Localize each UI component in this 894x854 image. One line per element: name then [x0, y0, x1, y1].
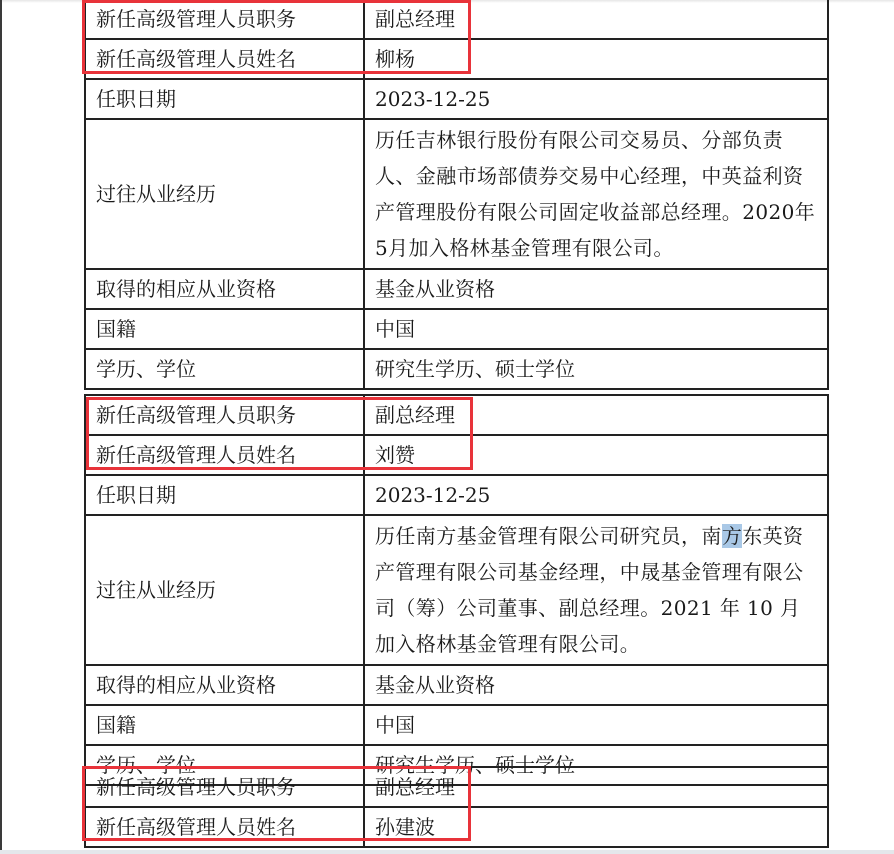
table-row: 新任高级管理人员姓名 柳杨 [85, 39, 828, 79]
label-position: 新任高级管理人员职务 [85, 0, 364, 39]
value-name: 刘赞 [364, 435, 828, 475]
value-nationality: 中国 [364, 705, 828, 745]
label-name: 新任高级管理人员姓名 [85, 807, 364, 847]
table-row: 取得的相应从业资格 基金从业资格 [85, 269, 828, 309]
label-experience: 过往从业经历 [85, 119, 364, 269]
table-row: 任职日期 2023-12-25 [85, 475, 828, 515]
table-row: 国籍 中国 [85, 309, 828, 349]
label-experience: 过往从业经历 [85, 515, 364, 665]
value-start-date: 2023-12-25 [364, 79, 828, 119]
executive-info-table-3: 新任高级管理人员职务 副总经理 新任高级管理人员姓名 孙建波 [84, 766, 829, 848]
value-name: 柳杨 [364, 39, 828, 79]
value-nationality: 中国 [364, 309, 828, 349]
table-row: 新任高级管理人员姓名 孙建波 [85, 807, 828, 847]
executive-info-table-2: 新任高级管理人员职务 副总经理 新任高级管理人员姓名 刘赞 任职日期 2023-… [84, 394, 829, 786]
table-row: 取得的相应从业资格 基金从业资格 [85, 665, 828, 705]
viewer-bottom-edge [0, 850, 894, 854]
value-position: 副总经理 [364, 0, 828, 39]
value-qualification: 基金从业资格 [364, 665, 828, 705]
value-qualification: 基金从业资格 [364, 269, 828, 309]
label-start-date: 任职日期 [85, 475, 364, 515]
table-row: 学历、学位 研究生学历、硕士学位 [85, 349, 828, 389]
table-row: 新任高级管理人员姓名 刘赞 [85, 435, 828, 475]
label-position: 新任高级管理人员职务 [85, 767, 364, 807]
value-experience[interactable]: 历任南方基金管理有限公司研究员，南方东英资产管理有限公司基金经理，中晟基金管理有… [364, 515, 828, 665]
table-row: 新任高级管理人员职务 副总经理 [85, 0, 828, 39]
value-experience: 历任吉林银行股份有限公司交易员、分部负责人、金融市场部债券交易中心经理，中英益利… [364, 119, 828, 269]
executive-info-table-1: 新任高级管理人员职务 副总经理 新任高级管理人员姓名 柳杨 任职日期 2023-… [84, 0, 829, 390]
experience-text-before: 历任南方基金管理有限公司研究员，南 [375, 524, 722, 548]
table-row: 国籍 中国 [85, 705, 828, 745]
value-position: 副总经理 [364, 395, 828, 435]
table-row: 任职日期 2023-12-25 [85, 79, 828, 119]
label-nationality: 国籍 [85, 309, 364, 349]
value-education: 研究生学历、硕士学位 [364, 349, 828, 389]
table-row: 过往从业经历 历任吉林银行股份有限公司交易员、分部负责人、金融市场部债券交易中心… [85, 119, 828, 269]
value-position: 副总经理 [364, 767, 828, 807]
label-start-date: 任职日期 [85, 79, 364, 119]
label-name: 新任高级管理人员姓名 [85, 39, 364, 79]
table-row: 新任高级管理人员职务 副总经理 [85, 767, 828, 807]
viewer-left-border [0, 0, 2, 854]
table-row: 过往从业经历 历任南方基金管理有限公司研究员，南方东英资产管理有限公司基金经理，… [85, 515, 828, 665]
label-name: 新任高级管理人员姓名 [85, 435, 364, 475]
label-qualification: 取得的相应从业资格 [85, 665, 364, 705]
value-name: 孙建波 [364, 807, 828, 847]
label-qualification: 取得的相应从业资格 [85, 269, 364, 309]
table-row: 新任高级管理人员职务 副总经理 [85, 395, 828, 435]
label-education: 学历、学位 [85, 349, 364, 389]
selected-text[interactable]: 方 [722, 524, 742, 548]
label-nationality: 国籍 [85, 705, 364, 745]
value-start-date: 2023-12-25 [364, 475, 828, 515]
label-position: 新任高级管理人员职务 [85, 395, 364, 435]
